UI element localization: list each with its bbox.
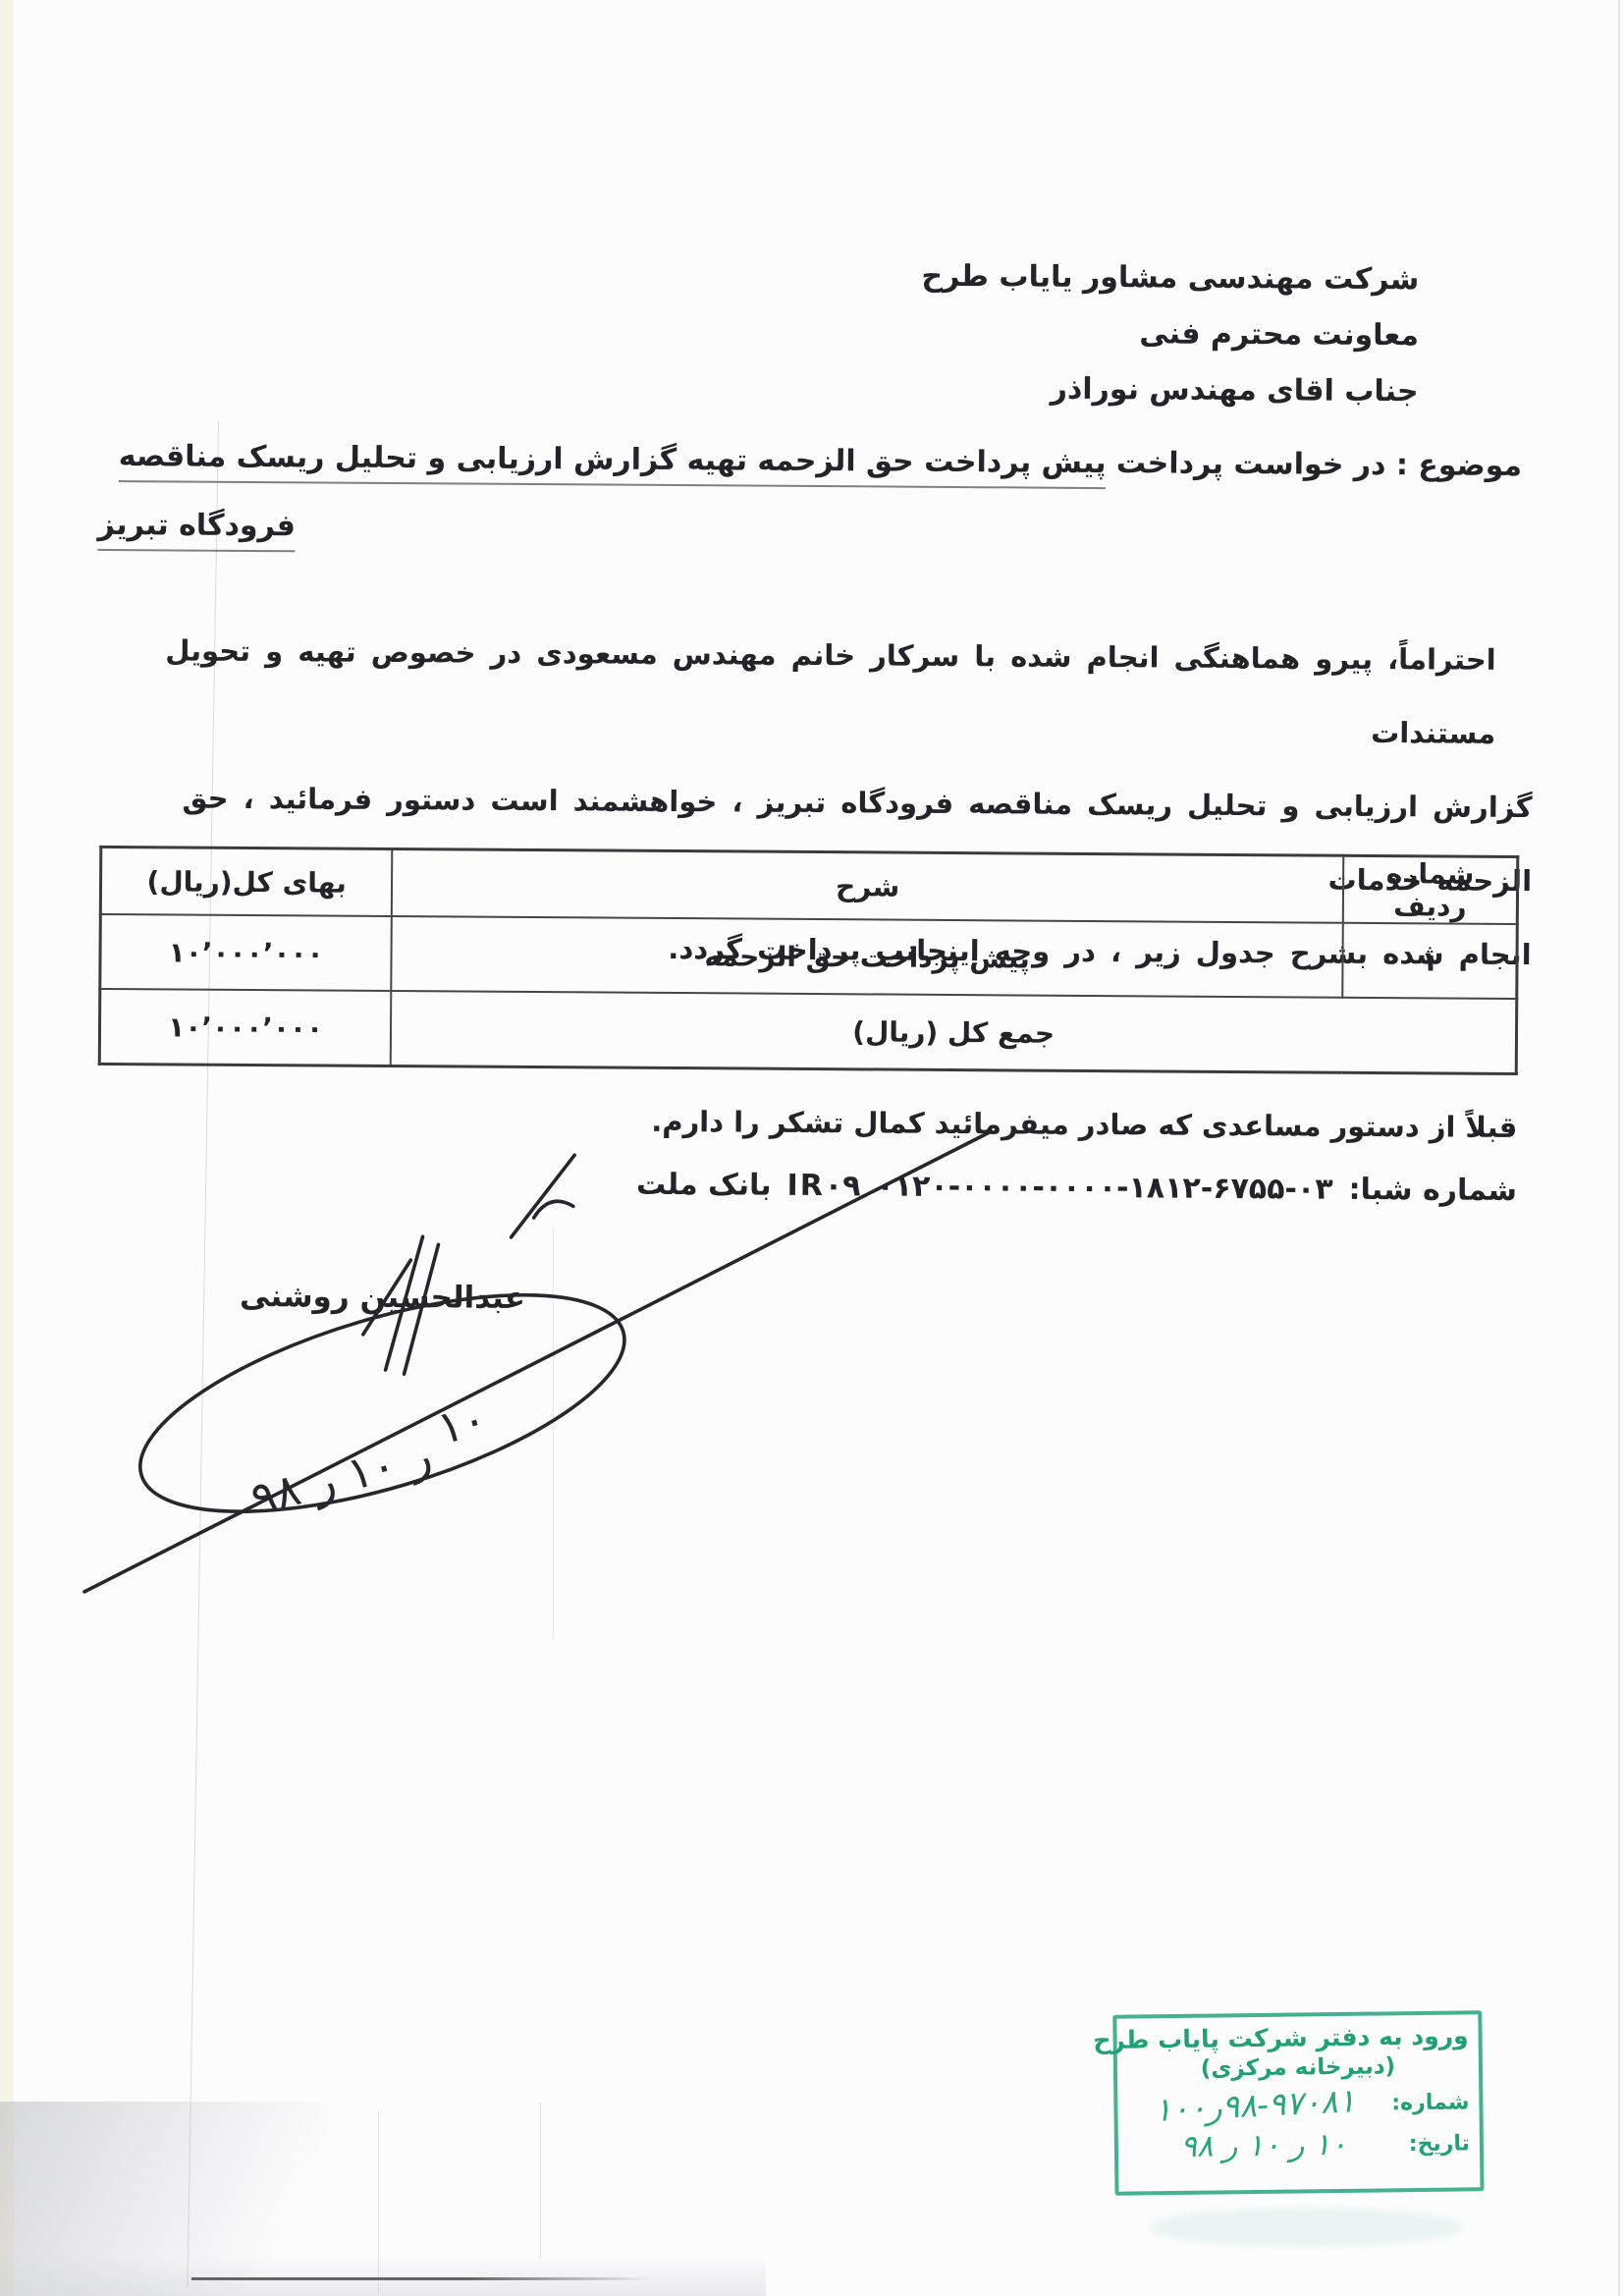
table-row: ۱ پیش پرداخت حق الزحمه ۱۰٬۰۰۰٬۰۰۰: [100, 914, 1517, 999]
body-line-1: احتراماً، پیرو هماهنگی انجام شده با سرکا…: [86, 614, 1534, 771]
description-cell: پیش پرداخت حق الزحمه: [392, 916, 1343, 998]
entry-stamp: ورود به دفتر شرکت پایاب طرح (دبیرخانه مر…: [1112, 2010, 1484, 2196]
subject-label: موضوع : در خواست پرداخت: [1116, 446, 1522, 483]
signature-date-main: ۹۸ ر ۱۰ ر: [245, 1428, 437, 1525]
company-name: شرکت مهندسی مشاور یایاب طرح: [921, 248, 1419, 308]
iban-bank-name: بانک ملت: [636, 1168, 772, 1203]
price-cell: ۱۰٬۰۰۰٬۰۰۰: [100, 914, 392, 991]
column-header-row-number: شماره ردیف: [1343, 855, 1518, 924]
letter-header: شرکت مهندسی مشاور یایاب طرح معاونت محترم…: [920, 248, 1419, 420]
signature-date-handwritten: ۹۸ ر ۱۰ ر ۱۰: [245, 1412, 498, 1526]
signature-name: عبدالحسین روشنی: [240, 1279, 525, 1316]
iban-prefix: IR۰۹: [786, 1169, 860, 1204]
stamp-number-label: شماره:: [1391, 2090, 1469, 2115]
table-total-row: جمع کل (ریال) ۱۰٬۰۰۰٬۰۰۰: [99, 989, 1516, 1074]
iban-digits: ۰۱۲۰-۰۰۰۰-۰۰۰۰-۱۸۱۲-۶۷۵۵-۰۳: [876, 1169, 1332, 1206]
subject-underlined-text: پیش پرداخت حق الزحمه تهیه گزارش ارزیابی …: [119, 439, 1107, 489]
fee-table: شماره ردیف شرح بهای کل(ریال) ۱ پیش پرداخ…: [98, 846, 1520, 1075]
stamp-title: ورود به دفتر شرکت پایاب طرح: [1126, 2020, 1468, 2055]
subject-continuation: فرودگاه تبریز: [97, 508, 296, 552]
column-header-total-price: بهای کل(ریال): [100, 847, 392, 916]
column-header-description: شرح: [392, 849, 1343, 923]
stamp-number-row: شماره: ۱۰۰ر۹۸-۹۷۰۸۱: [1127, 2083, 1469, 2125]
stamp-number-value: ۱۰۰ر۹۸-۹۷۰۸۱: [1127, 2080, 1382, 2130]
stamp-date-row: تاریخ: ۹۸ ر ۱۰ ر ۱۰: [1128, 2125, 1470, 2164]
signature-date-day: ۱۰: [432, 1392, 492, 1455]
scanned-letter-page: شرکت مهندسی مشاور یایاب طرح معاونت محترم…: [0, 0, 1624, 2296]
stamp-date-value: ۹۸ ر ۱۰ ر ۱۰: [1128, 2126, 1399, 2164]
subject-block: موضوع : در خواست پرداخت پیش پرداخت حق ال…: [97, 435, 1522, 561]
iban-line: بانک ملت IR۰۹ ۰۱۲۰-۰۰۰۰-۰۰۰۰-۱۸۱۲-۶۷۵۵-۰…: [195, 1165, 1517, 1208]
recipient-line: جناب اقای مهندس نوراذر: [920, 360, 1418, 420]
iban-label: شماره شبا:: [1348, 1173, 1517, 1208]
stamp-office: (دبیرخانه مرکزی): [1127, 2051, 1469, 2083]
total-price-cell: ۱۰٬۰۰۰٬۰۰۰: [99, 989, 391, 1066]
total-label-cell: جمع کل (ریال): [391, 991, 1517, 1074]
table-header-row: شماره ردیف شرح بهای کل(ریال): [100, 847, 1517, 924]
subject-continuation-line: فرودگاه تبریز: [97, 508, 1165, 559]
row-number-cell: ۱: [1342, 923, 1517, 999]
subject-line: موضوع : در خواست پرداخت پیش پرداخت حق ال…: [98, 435, 1522, 488]
stamp-date-label: تاریخ:: [1409, 2131, 1470, 2157]
thanks-line: قبلاً از دستور مساعدی که صادر میفرمائید …: [651, 1105, 1517, 1144]
department-line: معاونت محترم فنی: [921, 304, 1419, 364]
